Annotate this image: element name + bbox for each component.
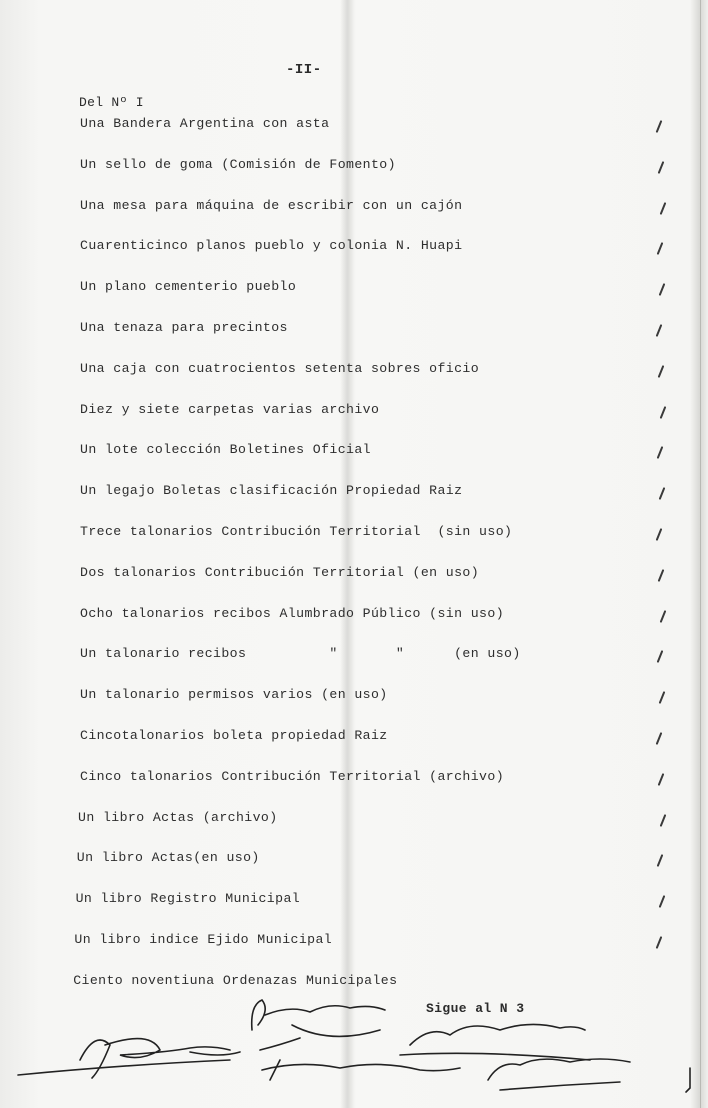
check-mark-icon [657, 650, 664, 663]
check-mark-icon [660, 406, 667, 419]
inventory-item: Un libro indice Ejido Municipal [74, 932, 332, 947]
inventory-item: Dos talonarios Contribución Territorial … [80, 565, 479, 580]
inventory-item: Un talonario permisos varios (en uso) [80, 687, 388, 702]
inventory-item: Diez y siete carpetas varias archivo [80, 402, 379, 417]
inventory-item: Cuarenticinco planos pueblo y colonia N.… [80, 238, 462, 253]
inventory-item: Una mesa para máquina de escribir con un… [80, 198, 462, 213]
check-mark-icon [656, 120, 663, 133]
check-mark-icon [657, 446, 664, 459]
check-mark-icon [656, 528, 663, 541]
inventory-item: Un talonario recibos " " (en uso) [80, 646, 521, 661]
section-heading: Del Nº I [79, 95, 144, 110]
check-mark-icon [659, 487, 666, 500]
check-mark-icon [659, 691, 666, 704]
inventory-item: Ocho talonarios recibos Alumbrado Públic… [80, 606, 504, 621]
check-mark-icon [656, 732, 663, 745]
check-mark-icon [658, 773, 665, 786]
inventory-item: Un libro Actas (archivo) [78, 810, 278, 825]
check-mark-icon [660, 610, 667, 623]
inventory-item: Una Bandera Argentina con asta [80, 116, 329, 131]
inventory-item: Un plano cementerio pueblo [80, 279, 296, 294]
check-mark-icon [658, 569, 665, 582]
check-mark-icon [658, 365, 665, 378]
signatures [0, 990, 708, 1108]
inventory-item: Un libro Registro Municipal [76, 891, 300, 906]
inventory-item: Cinco talonarios Contribución Territoria… [80, 769, 504, 784]
check-mark-icon [657, 242, 664, 255]
check-mark-icon [656, 324, 663, 337]
inventory-item: Una caja con cuatrocientos setenta sobre… [80, 361, 479, 376]
check-mark-icon [659, 895, 666, 908]
inventory-item: Un legajo Boletas clasificación Propieda… [80, 483, 462, 498]
inventory-item: Un lote colección Boletines Oficial [80, 442, 371, 457]
page-number: -II- [286, 62, 322, 78]
document-page: -II- Del Nº I Una Bandera Argentina con … [0, 0, 708, 1108]
inventory-item: Una tenaza para precintos [80, 320, 288, 335]
check-mark-icon [658, 161, 665, 174]
inventory-item: Un sello de goma (Comisión de Fomento) [80, 157, 396, 172]
page-edge [700, 0, 701, 1108]
check-mark-icon [660, 202, 667, 215]
inventory-item: Un libro Actas(en uso) [77, 850, 260, 865]
inventory-item: Trece talonarios Contribución Territoria… [80, 524, 512, 539]
check-mark-icon [656, 936, 663, 949]
check-mark-icon [660, 814, 667, 827]
check-mark-icon [657, 854, 664, 867]
inventory-item: Ciento noventiuna Ordenazas Municipales [73, 973, 397, 988]
check-mark-icon [659, 283, 666, 296]
inventory-item: Cincotalonarios boleta propiedad Raiz [80, 728, 388, 743]
